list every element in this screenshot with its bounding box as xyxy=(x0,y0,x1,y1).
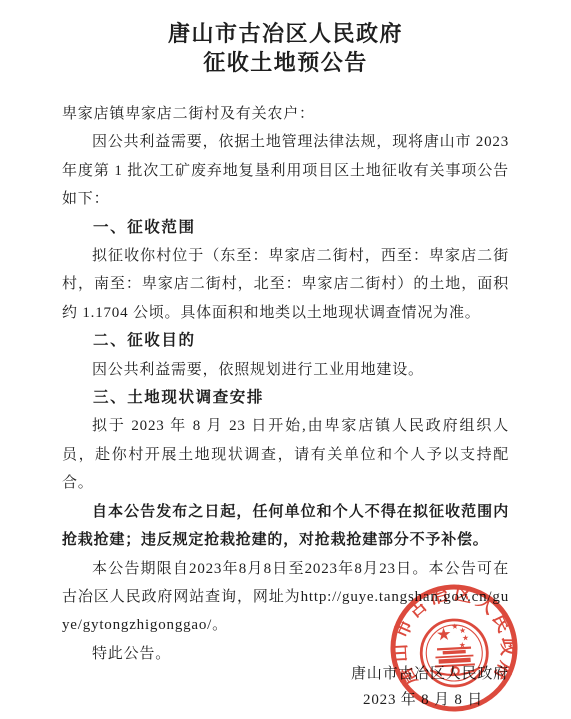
section-2-paragraph: 因公共利益需要，依照规划进行工业用地建设。 xyxy=(62,356,509,384)
document-title: 唐山市古冶区人民政府 征收土地预公告 xyxy=(0,19,571,77)
announcement-document: 唐山市古冶区人民政府 征收土地预公告 卑家店镇卑家店二街村及有关农户： 因公共利… xyxy=(0,0,571,719)
section-3-paragraph: 拟于 2023 年 8 月 23 日开始,由卑家店镇人民政府组织人员，赴你村开展… xyxy=(62,412,509,497)
issue-date: 2023 年 8 月 8 日 xyxy=(62,687,509,713)
document-title-line2: 征收土地预公告 xyxy=(0,48,571,77)
section-3-heading: 三、土地现状调查安排 xyxy=(62,384,509,412)
document-title-line1: 唐山市古冶区人民政府 xyxy=(0,19,571,48)
salutation: 卑家店镇卑家店二街村及有关农户： xyxy=(62,100,509,128)
section-1-heading: 一、征收范围 xyxy=(62,214,509,242)
warning-paragraph: 自本公告发布之日起，任何单位和个人不得在拟征收范围内抢栽抢建；违反规定抢栽抢建的… xyxy=(62,498,509,555)
intro-paragraph: 因公共利益需要，依据土地管理法律法规，现将唐山市 2023 年度第 1 批次工矿… xyxy=(62,128,509,213)
document-body: 卑家店镇卑家店二街村及有关农户： 因公共利益需要，依据土地管理法律法规，现将唐山… xyxy=(62,100,509,713)
section-2-heading: 二、征收目的 xyxy=(62,327,509,355)
validity-paragraph: 本公告期限自2023年8月8日至2023年8月23日。本公告可在古冶区人民政府网… xyxy=(62,555,509,640)
section-1-paragraph: 拟征收你村位于（东至：卑家店二街村，西至：卑家店二街村，南至：卑家店二街村，北至… xyxy=(62,242,509,327)
